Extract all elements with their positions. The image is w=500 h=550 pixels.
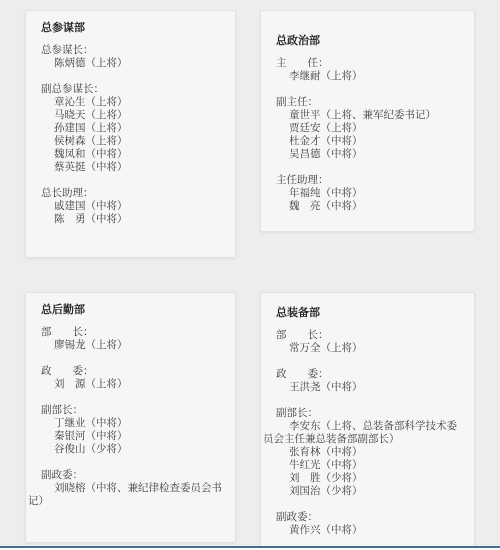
officer-name: 年福纯（中将） xyxy=(263,187,464,200)
officer-name: 秦银河（中将） xyxy=(28,430,225,443)
department-title: 总装备部 xyxy=(263,306,464,320)
officer-name: 刘国治（少将） xyxy=(263,485,464,498)
position-label: 主任助理： xyxy=(263,174,464,187)
officer-name: 陈炳德（上将） xyxy=(28,57,225,70)
officer-name: 侯树森（上将） xyxy=(28,135,225,148)
blank-line xyxy=(28,352,225,365)
officer-name: 廖锡龙（上将） xyxy=(28,339,225,352)
department-title: 总后勤部 xyxy=(28,303,225,317)
position-label: 副政委： xyxy=(28,469,225,482)
officer-name: 马晓天（上将） xyxy=(28,109,225,122)
officer-name: 刘 胜（少将） xyxy=(263,472,464,485)
department-card-general-logistics: 总后勤部 部 长：廖锡龙（上将）政 委：刘 源（上将）副部长：丁继业（中将）秦银… xyxy=(25,292,236,543)
officer-name: 魏 亮（中将） xyxy=(263,200,464,213)
officer-name: 蔡英挺（中将） xyxy=(28,161,225,174)
position-label: 副政委： xyxy=(263,511,464,524)
box-lines: 主 任：李继耐（上将）副主任：童世平（上将、兼军纪委书记）贾廷安（上将）杜金才（… xyxy=(263,57,464,213)
blank-line xyxy=(263,355,464,368)
position-label: 部 长： xyxy=(28,326,225,339)
footer-accent-line xyxy=(0,546,500,548)
officer-name: 戚建国（中将） xyxy=(28,200,225,213)
blank-line xyxy=(263,394,464,407)
officer-name: 贾廷安（上将） xyxy=(263,122,464,135)
position-label: 政 委： xyxy=(263,368,464,381)
blank-line xyxy=(28,174,225,187)
position-label: 部 长： xyxy=(263,329,464,342)
department-card-general-political: 总政治部 主 任：李继耐（上将）副主任：童世平（上将、兼军纪委书记）贾廷安（上将… xyxy=(260,10,475,232)
blank-line xyxy=(28,70,225,83)
officer-name: 刘 源（上将） xyxy=(28,378,225,391)
blank-line xyxy=(263,83,464,96)
position-label: 副部长： xyxy=(28,404,225,417)
box-lines: 总参谋长：陈炳德（上将）副总参谋长：章沁生（上将）马晓天（上将）孙建国（上将）侯… xyxy=(28,44,225,226)
department-card-general-staff: 总参谋部 总参谋长：陈炳德（上将）副总参谋长：章沁生（上将）马晓天（上将）孙建国… xyxy=(25,10,236,258)
officer-name: 张育林（中将） xyxy=(263,446,464,459)
department-title: 总参谋部 xyxy=(28,21,225,35)
officer-name: 童世平（上将、兼军纪委书记） xyxy=(263,109,464,122)
officer-name: 刘晓榕（中将、兼纪律检查委员会书 xyxy=(28,482,225,495)
blank-line xyxy=(263,498,464,511)
department-card-general-armaments: 总装备部 部 长：常万全（上将）政 委：王洪尧（中将）副部长：李安东（上将、总装… xyxy=(260,292,475,550)
officer-name: 丁继业（中将） xyxy=(28,417,225,430)
box-lines: 部 长：廖锡龙（上将）政 委：刘 源（上将）副部长：丁继业（中将）秦银河（中将）… xyxy=(28,326,225,508)
department-title: 总政治部 xyxy=(263,34,464,48)
officer-name: 陈 勇（中将） xyxy=(28,213,225,226)
position-label: 总长助理： xyxy=(28,187,225,200)
officer-name: 章沁生（上将） xyxy=(28,96,225,109)
officer-name: 孙建国（上将） xyxy=(28,122,225,135)
officer-name: 魏凤和（中将） xyxy=(28,148,225,161)
position-label: 副主任： xyxy=(263,96,464,109)
officer-name: 王洪尧（中将） xyxy=(263,381,464,394)
blank-line xyxy=(28,456,225,469)
position-label: 副部长： xyxy=(263,407,464,420)
officer-name: 牛红光（中将） xyxy=(263,459,464,472)
officer-name: 常万全（上将） xyxy=(263,342,464,355)
officer-name: 李继耐（上将） xyxy=(263,70,464,83)
officer-name-wrap: 员会主任兼总装备部副部长） xyxy=(263,433,464,446)
officer-name-wrap: 记） xyxy=(28,495,225,508)
officer-name: 李安东（上将、总装备部科学技术委 xyxy=(263,420,464,433)
box-lines: 部 长：常万全（上将）政 委：王洪尧（中将）副部长：李安东（上将、总装备部科学技… xyxy=(263,329,464,537)
officer-name: 黄作兴（中将） xyxy=(263,524,464,537)
position-label: 主 任： xyxy=(263,57,464,70)
position-label: 政 委： xyxy=(28,365,225,378)
officer-name: 吴昌德（中将） xyxy=(263,148,464,161)
page: { "page": { "background": "#eeedeb", "ca… xyxy=(0,0,500,550)
blank-line xyxy=(28,391,225,404)
blank-line xyxy=(263,161,464,174)
officer-name: 杜金才（中将） xyxy=(263,135,464,148)
position-label: 总参谋长： xyxy=(28,44,225,57)
position-label: 副总参谋长： xyxy=(28,83,225,96)
officer-name: 谷俊山（少将） xyxy=(28,443,225,456)
